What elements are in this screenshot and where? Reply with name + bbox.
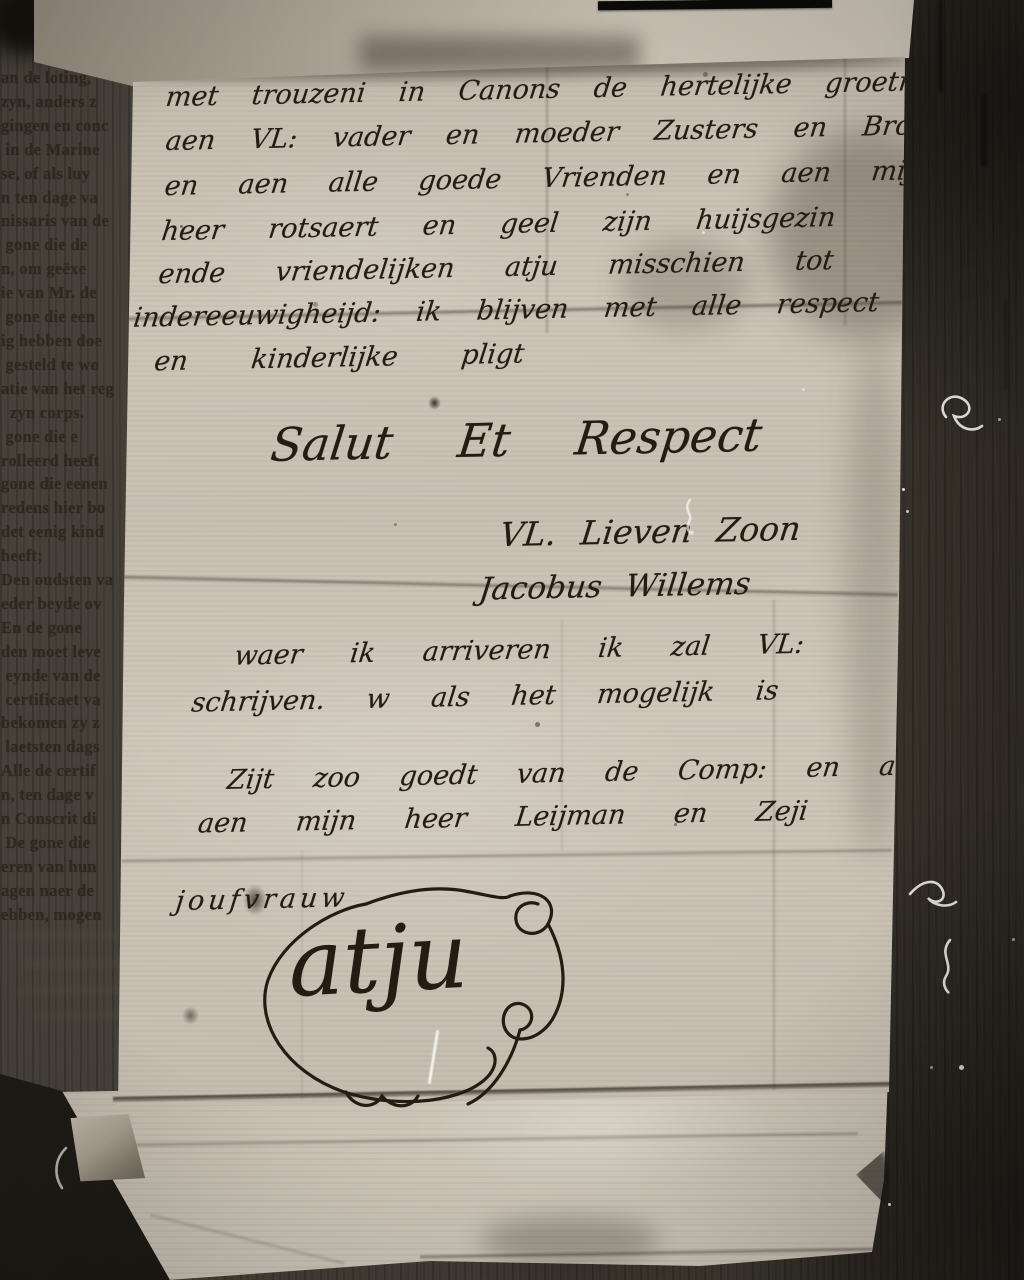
newspaper-line: gingen en conc [1,114,151,138]
letter-line: aen mijn heer Leijman en Zeji [196,796,809,840]
letter-line: VL. Lieven Zoon [498,509,803,554]
film-specks [902,488,905,491]
signature-text: atju [286,902,471,1018]
letter-line: Zijt zoo goedt van de Comp: en atju [225,750,934,796]
letter-line: aen VL: vader en moeder Zusters en Broed… [164,109,989,157]
bleed-through-text [16,984,134,995]
wood-grain-line [981,95,987,167]
newspaper-line: gone die de [1,233,151,257]
film-scratch [906,868,960,914]
newspaper-line: ie van Mr. de [1,281,151,305]
letter-line: Salut Et Respect [268,408,765,472]
letter-line: en kinderlijke pligt [153,339,526,378]
film-scratch [936,936,962,998]
letter-line: waer ik arriveren ik zal VL: [233,629,806,672]
signature-flourish: atju [246,846,586,1126]
bleed-through-text [10,930,122,941]
wood-grain-line [1004,300,1007,390]
film-scratch [936,375,992,437]
film-scratch [680,498,714,538]
newspaper-line: zyn, anders z [1,90,151,114]
bleed-through-text [30,1010,126,1020]
wood-grain-line [938,0,943,92]
newspaper-line: se, of als luy [1,162,151,186]
letter-line: indereeuwigheijd: ik blijven met alle re… [132,287,881,334]
newspaper-line: n ten dage va [1,186,151,210]
letter-line: heer rotsaert en geel zijn huijsgezin [160,202,837,247]
letter-line: en aen alle goede Vrienden en aen mijn [163,155,933,202]
shadow-smudge [480,1216,660,1264]
film-scratch [50,1146,72,1190]
letter-line: schrijven. w als het mogelijk is [190,675,781,718]
shadow-smudge [360,36,640,70]
newspaper-line: n, om geëxe [1,257,151,281]
signature-flourish-curl [510,893,552,933]
newspaper-line: gone die een [1,305,151,329]
signature-flourish-tail [503,924,563,1039]
letter-line: ende vriendelijken atju misschien tot [157,245,835,290]
letter-line: Jacobus Willems [477,566,752,608]
newspaper-line: in de Marine [1,138,151,162]
signature-topbar [366,889,510,904]
newspaper-line: nissaris van de [1,209,151,233]
photograph: an de loting,zyn, anders zgingen en conc… [0,0,1024,1280]
